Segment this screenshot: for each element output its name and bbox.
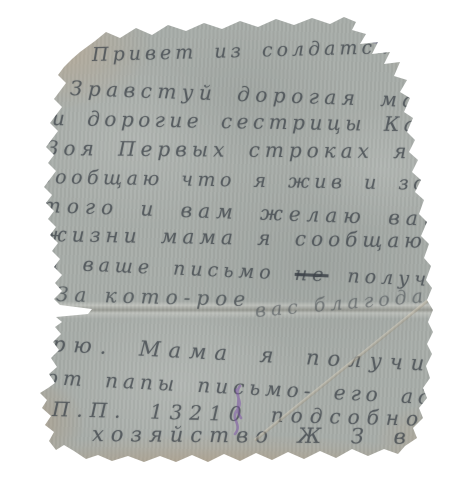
indelible-pencil-mark bbox=[226, 384, 254, 444]
handwritten-line-5: сообщаю что я жив и здоров bbox=[40, 166, 451, 196]
purple-scribble-icon bbox=[226, 384, 254, 440]
letter-paper: Привет из солдатского Зравстуй дорогая м… bbox=[0, 0, 451, 480]
handwritten-line-9: За кото-рое bbox=[56, 282, 252, 311]
faint-corner-number: 13 bbox=[370, 23, 404, 55]
handwritten-line-10: вас благода- bbox=[254, 284, 440, 322]
letter-photo: Привет из солдатского Зравстуй дорогая м… bbox=[0, 0, 451, 480]
handwritten-line-1: Привет из солдатского bbox=[92, 35, 436, 66]
line-8-pre: я ваше письмо bbox=[46, 252, 296, 285]
handwritten-line-4: Зоя Первых строках я вам bbox=[46, 136, 451, 164]
line-8-struck-word: не bbox=[294, 263, 329, 286]
